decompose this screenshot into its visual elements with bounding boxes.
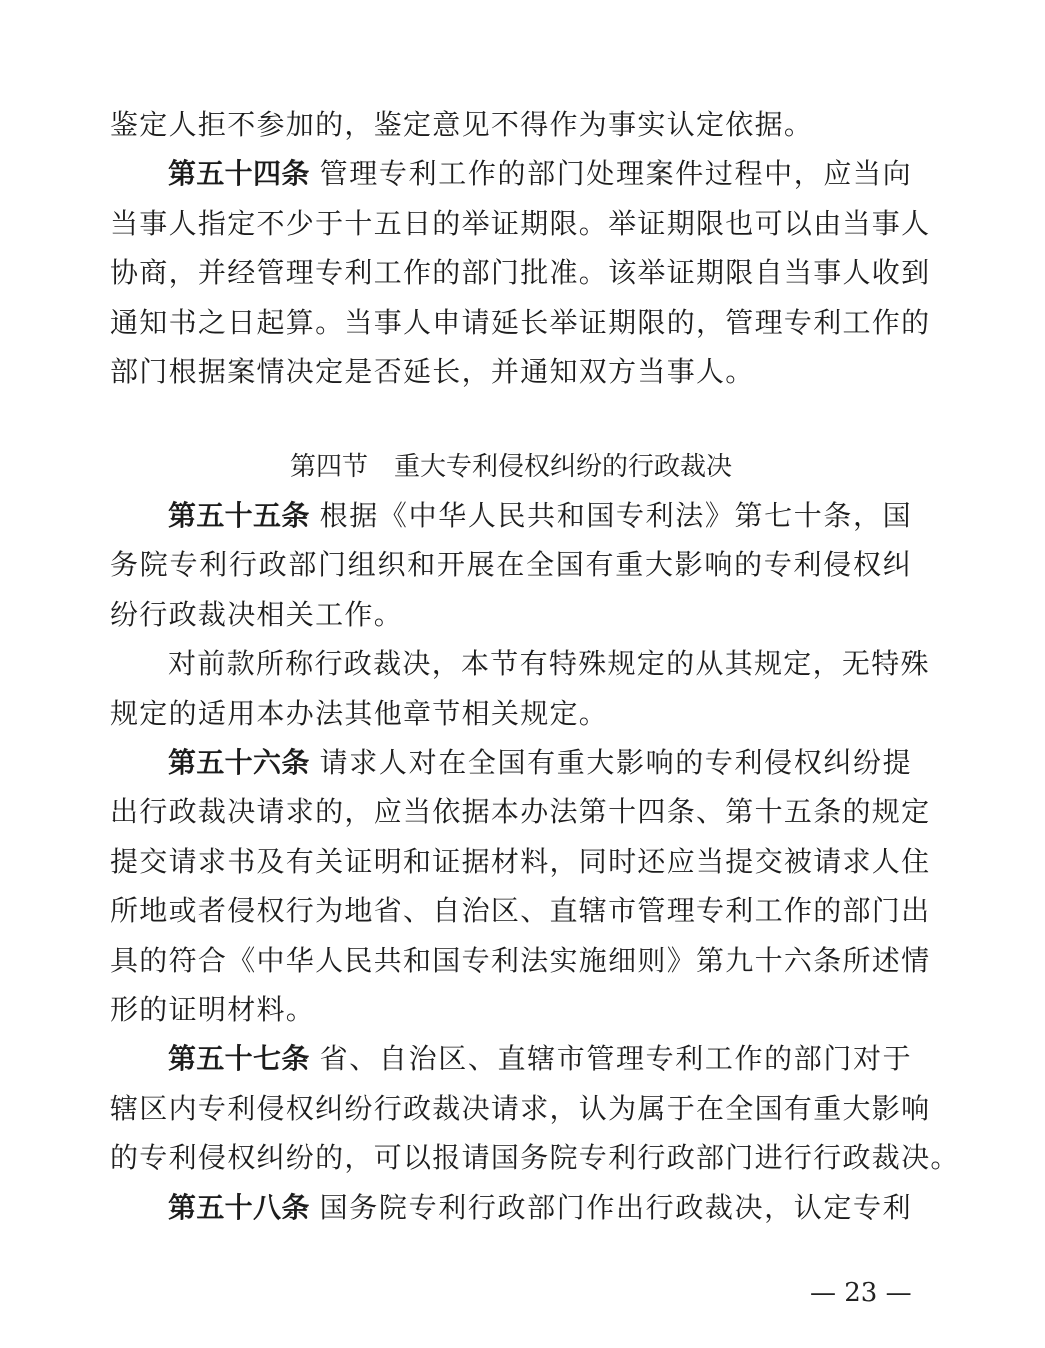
line-text: 部门根据案情决定是否延长，并通知双方当事人。 [110,355,755,388]
text-line: 形的证明材料。 [110,990,912,1030]
line-text: 纷行政裁决相关工作。 [110,598,403,631]
page-number: — 23 — [810,1278,912,1308]
line-text: 省、自治区、直辖市管理专利工作的部门对于 [320,1042,912,1075]
text-line: 提交请求书及有关证明和证据材料，同时还应当提交被请求人住 [110,842,912,882]
section-heading: 第四节 重大专利侵权纠纷的行政裁决 [110,447,912,487]
article-line: 第五十六条请求人对在全国有重大影响的专利侵权纠纷提 [168,743,912,783]
line-text: 所地或者侵权行为地省、自治区、直辖市管理专利工作的部门出 [110,894,930,927]
text-line: 鉴定人拒不参加的，鉴定意见不得作为事实认定依据。 [110,105,912,145]
text-line: 纷行政裁决相关工作。 [110,595,912,635]
article-number: 第五十五条 [168,499,310,532]
line-text: 协商，并经管理专利工作的部门批准。该举证期限自当事人收到 [110,256,930,289]
text-line: 出行政裁决请求的，应当依据本办法第十四条、第十五条的规定 [110,792,912,832]
article-number: 第五十七条 [168,1042,310,1075]
article-line: 第五十四条管理专利工作的部门处理案件过程中，应当向 [168,154,912,194]
line-text: 鉴定人拒不参加的，鉴定意见不得作为事实认定依据。 [110,108,813,141]
text-line: 对前款所称行政裁决，本节有特殊规定的从其规定，无特殊 [168,644,912,684]
line-text: 管理专利工作的部门处理案件过程中，应当向 [320,157,912,190]
text-line: 通知书之日起算。当事人申请延长举证期限的，管理专利工作的 [110,303,912,343]
article-number: 第五十四条 [168,157,310,190]
line-text: 规定的适用本办法其他章节相关规定。 [110,697,608,730]
text-line: 规定的适用本办法其他章节相关规定。 [110,694,912,734]
article-number: 第五十八条 [168,1191,310,1224]
line-text: 请求人对在全国有重大影响的专利侵权纠纷提 [320,746,912,779]
line-text: 通知书之日起算。当事人申请延长举证期限的，管理专利工作的 [110,306,930,339]
text-line: 当事人指定不少于十五日的举证期限。举证期限也可以由当事人 [110,204,912,244]
text-line: 协商，并经管理专利工作的部门批准。该举证期限自当事人收到 [110,253,912,293]
article-number: 第五十六条 [168,746,310,779]
line-text: 提交请求书及有关证明和证据材料，同时还应当提交被请求人住 [110,845,930,878]
article-line: 第五十五条根据《中华人民共和国专利法》第七十条，国 [168,496,912,536]
line-text: 具的符合《中华人民共和国专利法实施细则》第九十六条所述情 [110,944,930,977]
article-line: 第五十八条国务院专利行政部门作出行政裁决，认定专利 [168,1188,912,1228]
line-text: 根据《中华人民共和国专利法》第七十条，国 [320,499,912,532]
text-line: 辖区内专利侵权纠纷行政裁决请求，认为属于在全国有重大影响 [110,1089,912,1129]
article-line: 第五十七条省、自治区、直辖市管理专利工作的部门对于 [168,1039,912,1079]
line-text: 辖区内专利侵权纠纷行政裁决请求，认为属于在全国有重大影响 [110,1092,930,1125]
line-text: 务院专利行政部门组织和开展在全国有重大影响的专利侵权纠 [110,548,912,581]
text-line: 具的符合《中华人民共和国专利法实施细则》第九十六条所述情 [110,941,912,981]
text-line: 的专利侵权纠纷的，可以报请国务院专利行政部门进行行政裁决。 [110,1138,912,1178]
line-text: 的专利侵权纠纷的，可以报请国务院专利行政部门进行行政裁决。 [110,1141,960,1174]
text-line: 所地或者侵权行为地省、自治区、直辖市管理专利工作的部门出 [110,891,912,931]
line-text: 出行政裁决请求的，应当依据本办法第十四条、第十五条的规定 [110,795,930,828]
text-line: 务院专利行政部门组织和开展在全国有重大影响的专利侵权纠 [110,545,912,585]
line-text: 形的证明材料。 [110,993,315,1026]
text-line: 部门根据案情决定是否延长，并通知双方当事人。 [110,352,912,392]
line-text: 当事人指定不少于十五日的举证期限。举证期限也可以由当事人 [110,207,930,240]
line-text: 国务院专利行政部门作出行政裁决，认定专利 [320,1191,912,1224]
line-text: 对前款所称行政裁决，本节有特殊规定的从其规定，无特殊 [168,647,930,680]
